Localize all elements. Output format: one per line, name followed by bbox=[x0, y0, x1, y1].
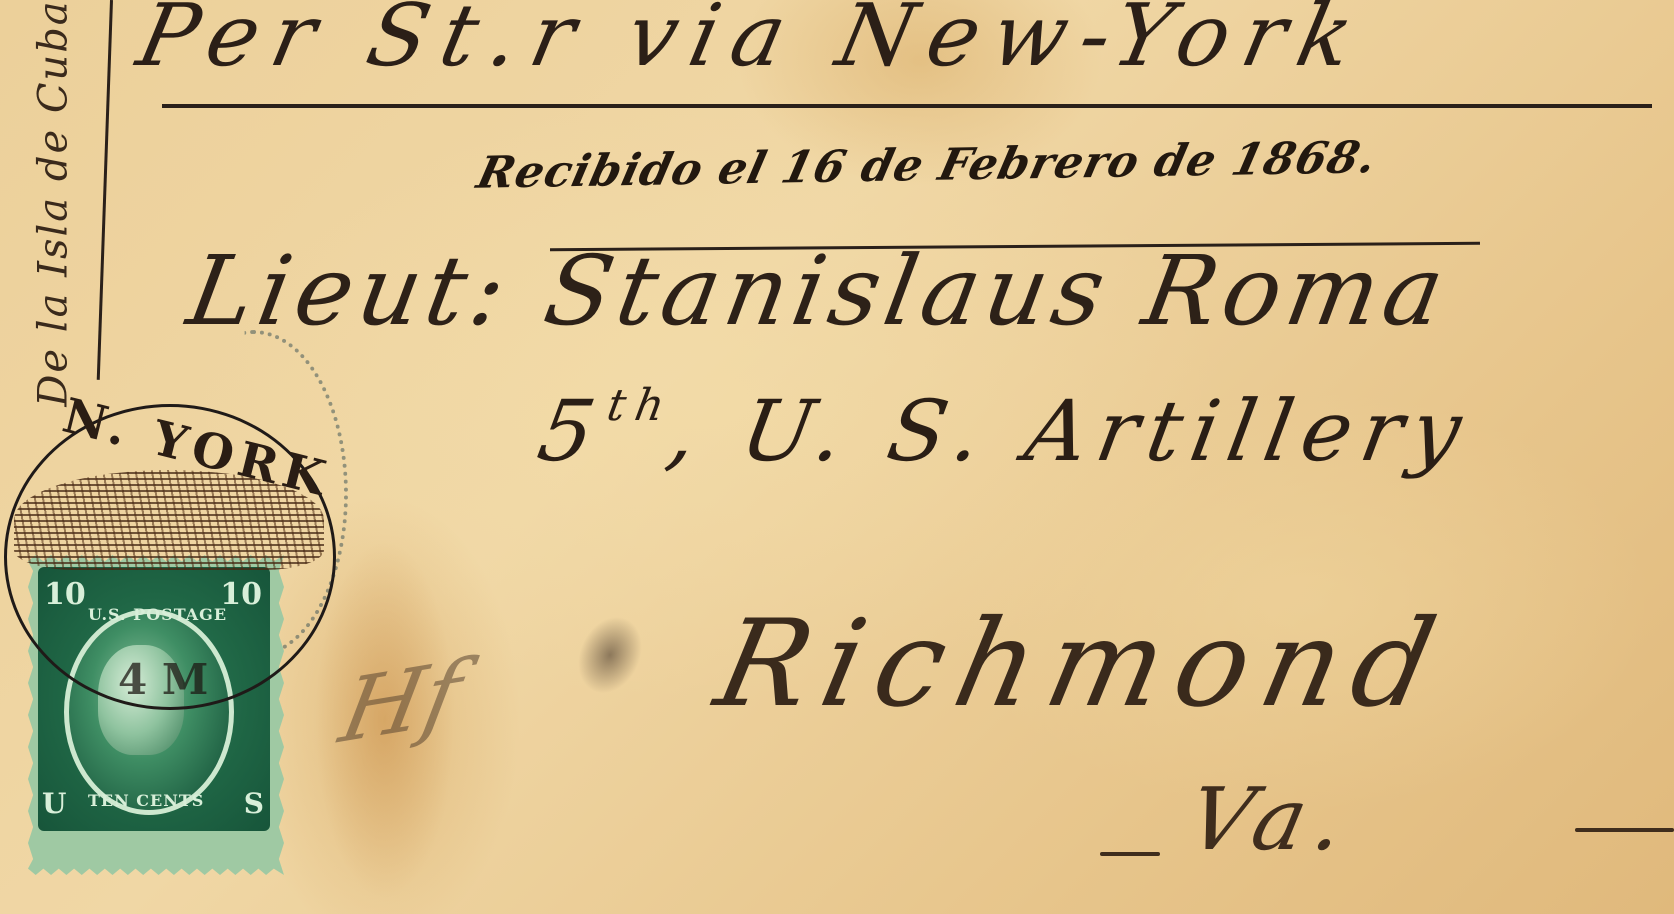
ink-smudge bbox=[566, 606, 654, 704]
unit-ordinal-suffix: th bbox=[603, 380, 678, 431]
unit-line: 5th, U. S. Artillery bbox=[531, 380, 1478, 480]
state-dash-right bbox=[1575, 828, 1674, 832]
unit-ordinal: 5 bbox=[531, 382, 612, 480]
received-note: Recibido el 16 de Febrero de 1868. bbox=[472, 132, 1382, 199]
state-dash-left bbox=[1100, 852, 1160, 856]
stamp-corner-u: U bbox=[42, 787, 66, 820]
routing-underline bbox=[162, 104, 1652, 108]
stamp-corner-s: S bbox=[244, 787, 264, 820]
state-name: Va. bbox=[1179, 770, 1363, 870]
unit-name: , U. S. Artillery bbox=[661, 382, 1479, 480]
side-note-text: De la Isla de Cuba bbox=[31, 0, 77, 407]
addressee-name: Lieut: Stanislaus Roma bbox=[180, 235, 1458, 347]
stamp-bottom-text: TEN CENTS bbox=[88, 791, 204, 810]
left-margin-line bbox=[97, 0, 113, 380]
postmark-date-text: 4 M bbox=[118, 655, 208, 704]
routing-instruction: Per St.r via New-York bbox=[129, 0, 1375, 86]
envelope-cover: De la Isla de Cuba Per St.r via New-York… bbox=[0, 0, 1674, 914]
city-name: Richmond bbox=[705, 595, 1460, 734]
